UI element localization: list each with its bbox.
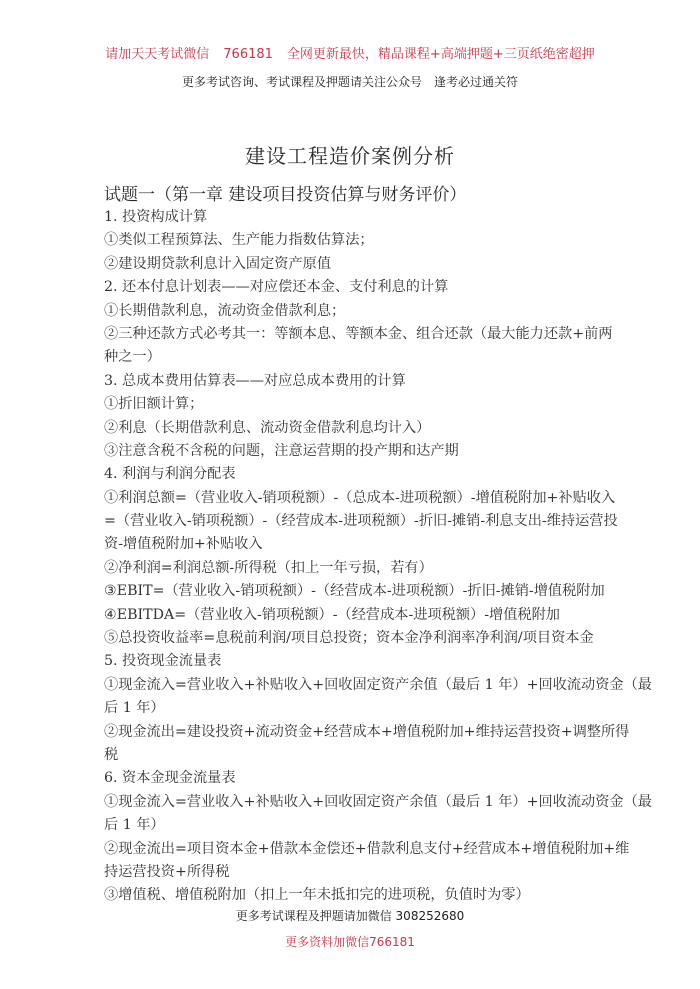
footer-promo-red: 更多资料加微信766181 bbox=[0, 933, 700, 950]
text-line: ①折旧额计算； bbox=[104, 393, 604, 416]
text-line: 持运营投资+所得税 bbox=[104, 861, 604, 884]
text-line: ②利息（长期借款利息、流动资金借款利息均计入） bbox=[104, 417, 604, 440]
document-body: 1. 投资构成计算 ①类似工程预算法、生产能力指数估算法； ②建设期贷款利息计入… bbox=[104, 206, 604, 908]
text-line: ①利润总额=（营业收入-销项税额）-（总成本-进项税额）-增值税附加+补贴收入 bbox=[104, 487, 604, 510]
text-line: ②现金流出=项目资本金+借款本金偿还+借款利息支付+经营成本+增值税附加+维 bbox=[104, 838, 604, 861]
text-line: ①长期借款利息，流动资金借款利息； bbox=[104, 300, 604, 323]
text-line: ③增值税、增值税附加（扣上一年未抵扣完的进项税，负值时为零） bbox=[104, 884, 604, 907]
heading-2: 2. 还本付息计划表——对应偿还本金、支付利息的计算 bbox=[104, 276, 604, 299]
promo-text: 逢考必过通关符 bbox=[434, 75, 518, 89]
text-line: 后 1 年） bbox=[104, 697, 604, 720]
heading-5: 5. 投资现金流量表 bbox=[104, 650, 604, 673]
text-line: ①现金流入=营业收入+补贴收入+回收固定资产余值（最后 1 年）+回收流动资金（… bbox=[104, 791, 604, 814]
promo-text: 全网更新最快，精品课程+高端押题+三页纸绝密超押 bbox=[287, 47, 595, 62]
heading-4: 4. 利润与利润分配表 bbox=[104, 463, 604, 486]
text-line: ②净利润=利润总额-所得税（扣上一年亏损，若有） bbox=[104, 557, 604, 580]
header-promo-black: 更多考试咨询、考试课程及押题请关注公众号逢考必过通关符 bbox=[0, 73, 700, 90]
text-line: ②三种还款方式必考其一：等额本息、等额本金、组合还款（最大能力还款+前两 bbox=[104, 323, 604, 346]
wechat-id: 766181 bbox=[223, 47, 273, 62]
text-line: ⑤总投资收益率=息税前利润/项目总投资；资本金净利润率净利润/项目资本金 bbox=[104, 627, 604, 650]
text-line: 种之一） bbox=[104, 346, 604, 369]
text-line: 税 bbox=[104, 744, 604, 767]
text-line: 后 1 年） bbox=[104, 814, 604, 837]
heading-6: 6. 资本金现金流量表 bbox=[104, 767, 604, 790]
text-line: ④EBITDA=（营业收入-销项税额）-（经营成本-进项税额）-增值税附加 bbox=[104, 604, 604, 627]
promo-text: 更多考试咨询、考试课程及押题请关注公众号 bbox=[182, 75, 422, 89]
document-title: 建设工程造价案例分析 bbox=[0, 140, 700, 169]
text-line: ①现金流入=营业收入+补贴收入+回收固定资产余值（最后 1 年）+回收流动资金（… bbox=[104, 674, 604, 697]
text-line: ②现金流出=建设投资+流动资金+经营成本+增值税附加+维持运营投资+调整所得 bbox=[104, 721, 604, 744]
section-title: 试题一（第一章 建设项目投资估算与财务评价） bbox=[104, 180, 466, 205]
text-line: 资-增值税附加+补贴收入 bbox=[104, 533, 604, 556]
promo-text: 请加天天考试微信 bbox=[105, 47, 209, 62]
text-line: ③注意含税不含税的问题，注意运营期的投产期和达产期 bbox=[104, 440, 604, 463]
text-line: ①类似工程预算法、生产能力指数估算法； bbox=[104, 229, 604, 252]
header-promo-red: 请加天天考试微信766181全网更新最快，精品课程+高端押题+三页纸绝密超押 bbox=[0, 43, 700, 62]
heading-3: 3. 总成本费用估算表——对应总成本费用的计算 bbox=[104, 370, 604, 393]
text-line: =（营业收入-销项税额）-（经营成本-进项税额）-折旧-摊销-利息支出-维持运营… bbox=[104, 510, 604, 533]
text-line: ③EBIT=（营业收入-销项税额）-（经营成本-进项税额）-折旧-摊销-增值税附… bbox=[104, 580, 604, 603]
text-line: ②建设期贷款利息计入固定资产原值 bbox=[104, 253, 604, 276]
footer-promo-black: 更多考试课程及押题请加微信 308252680 bbox=[0, 907, 700, 924]
heading-1: 1. 投资构成计算 bbox=[104, 206, 604, 229]
